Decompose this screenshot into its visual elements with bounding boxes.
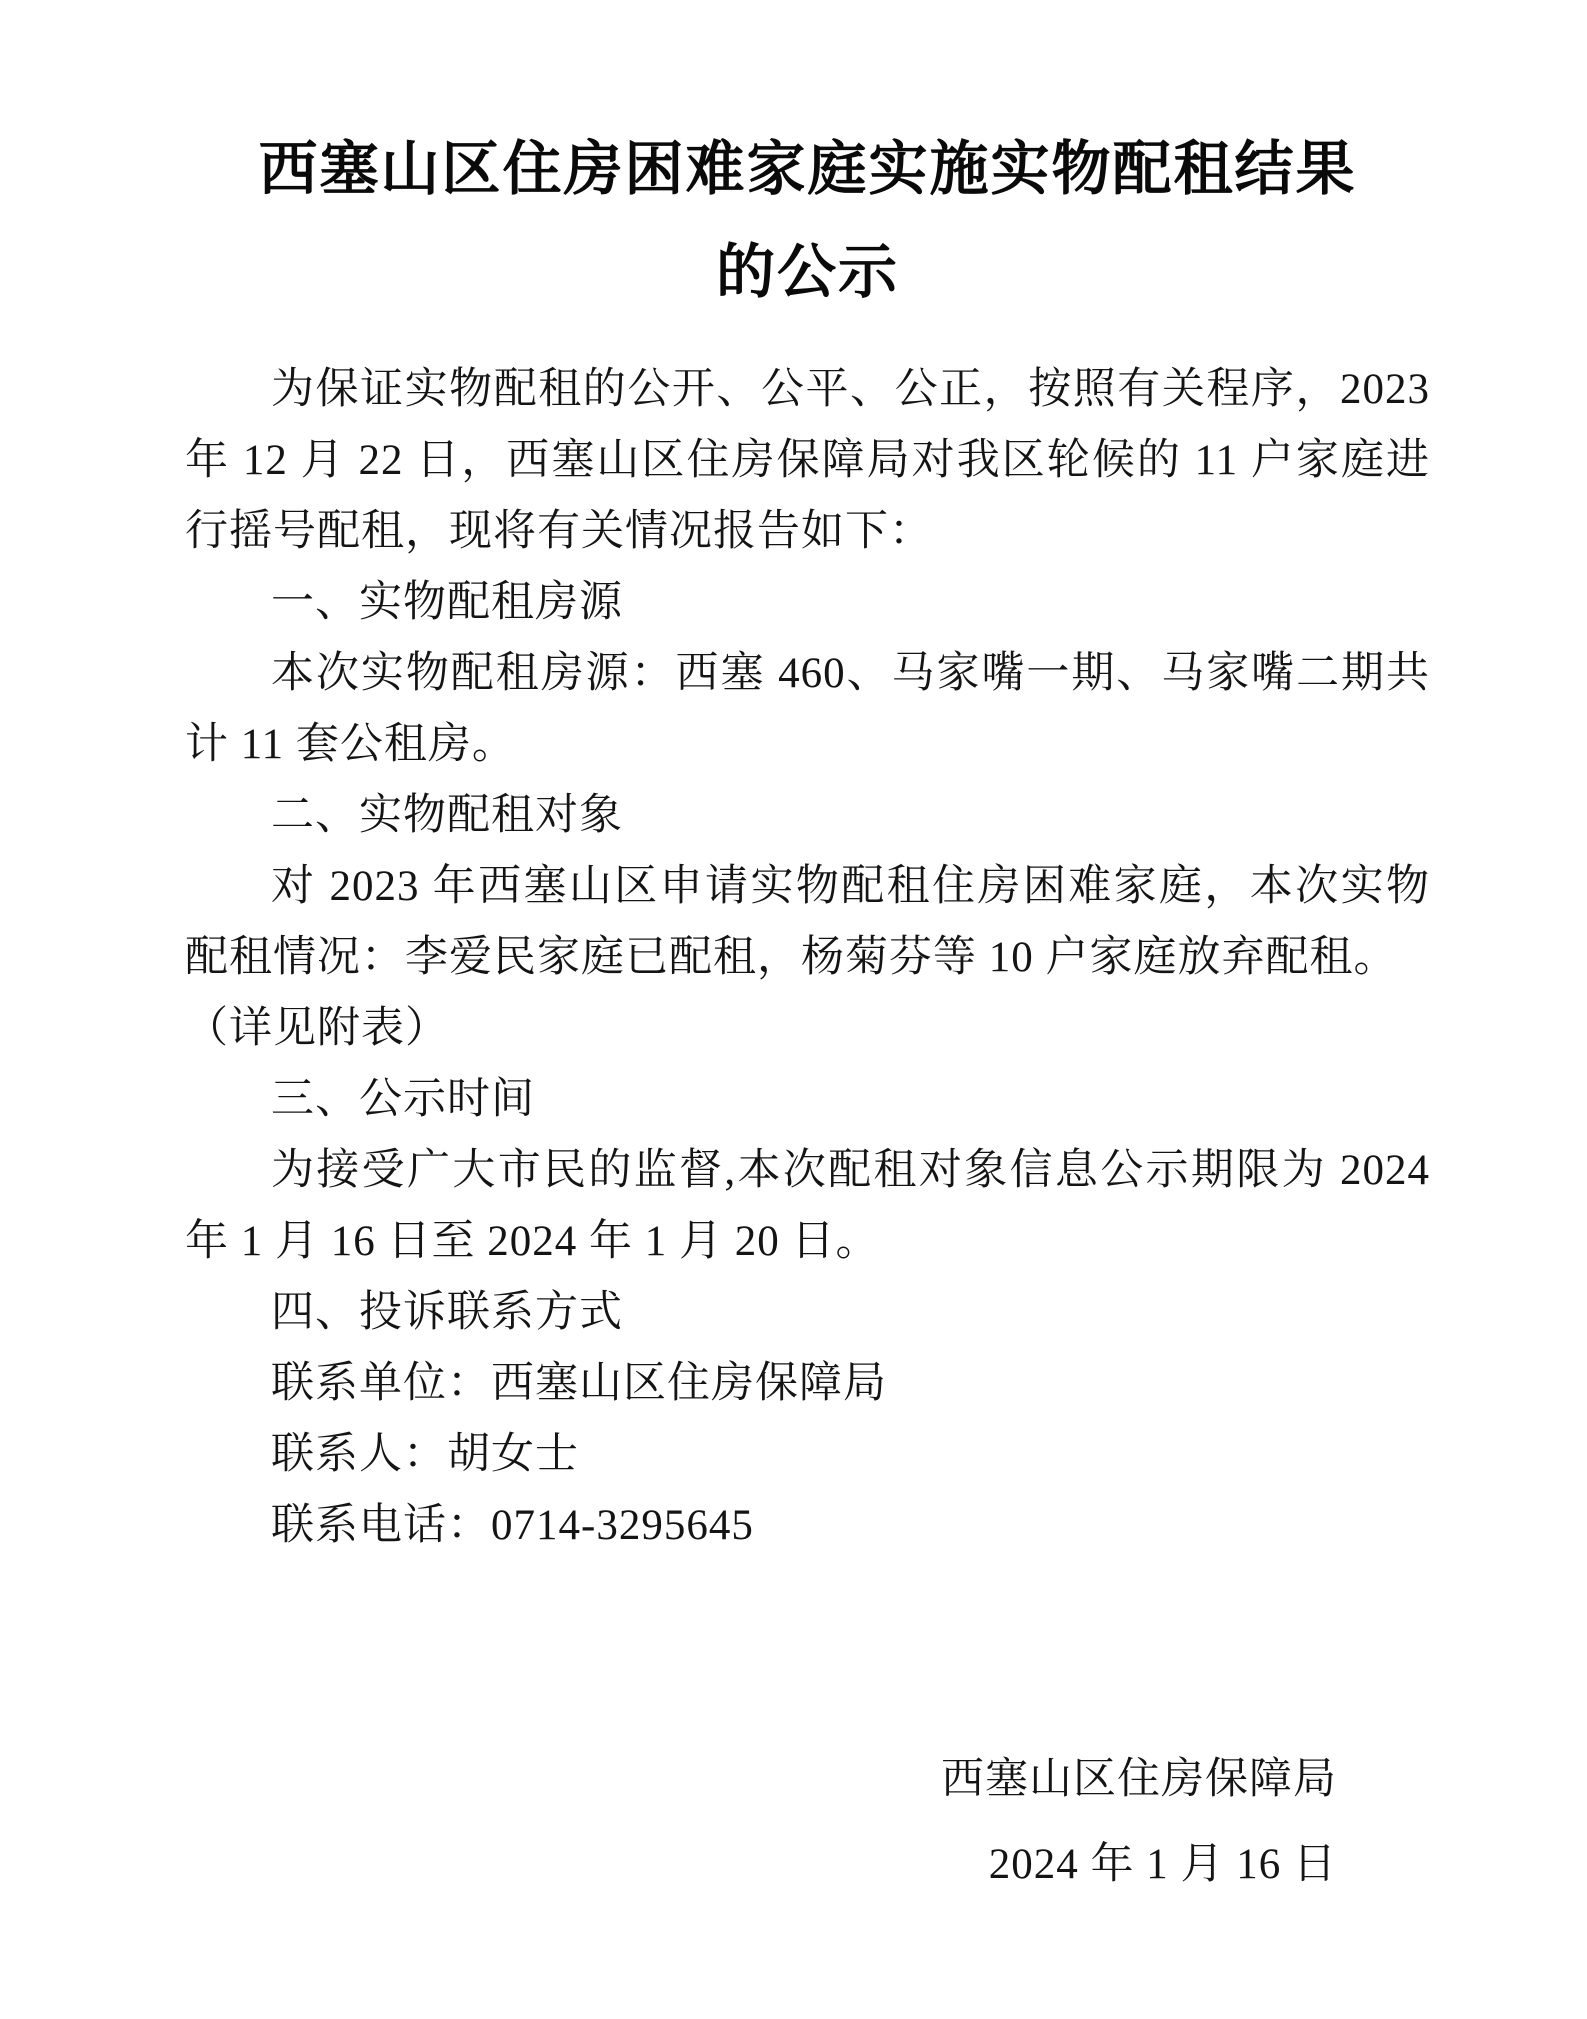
notice-title-line-2: 的公示 (185, 221, 1430, 324)
section-3-paragraph: 为接受广大市民的监督,本次配租对象信息公示期限为 2024 年 1 月 16 日… (185, 1135, 1430, 1277)
section-4-heading: 四、投诉联系方式 (185, 1277, 1430, 1348)
signature-block: 西塞山区住房保障局 2024 年 1 月 16 日 (185, 1737, 1430, 1907)
contact-phone-line: 联系电话：0714-3295645 (185, 1490, 1430, 1561)
signature-date: 2024 年 1 月 16 日 (185, 1822, 1337, 1907)
section-1-heading: 一、实物配租房源 (185, 567, 1430, 638)
intro-paragraph: 为保证实物配租的公开、公平、公正，按照有关程序，2023 年 12 月 22 日… (185, 354, 1430, 567)
section-3-heading: 三、公示时间 (185, 1064, 1430, 1135)
notice-body: 为保证实物配租的公开、公平、公正，按照有关程序，2023 年 12 月 22 日… (185, 354, 1430, 1561)
section-2-heading: 二、实物配租对象 (185, 780, 1430, 851)
notice-title: 西塞山区住房困难家庭实施实物配租结果 的公示 (185, 118, 1430, 324)
section-1-paragraph: 本次实物配租房源：西塞 460、马家嘴一期、马家嘴二期共计 11 套公租房。 (185, 638, 1430, 780)
notice-document-page: 西塞山区住房困难家庭实施实物配租结果 的公示 为保证实物配租的公开、公平、公正，… (0, 0, 1587, 2019)
section-2-paragraph: 对 2023 年西塞山区申请实物配租住房困难家庭，本次实物配租情况：李爱民家庭已… (185, 851, 1430, 993)
contact-person-line: 联系人：胡女士 (185, 1419, 1430, 1490)
section-2-appendix-note: （详见附表） (185, 993, 1430, 1064)
contact-unit-line: 联系单位：西塞山区住房保障局 (185, 1348, 1430, 1419)
notice-title-line-1: 西塞山区住房困难家庭实施实物配租结果 (185, 118, 1430, 221)
signature-org: 西塞山区住房保障局 (185, 1737, 1337, 1822)
